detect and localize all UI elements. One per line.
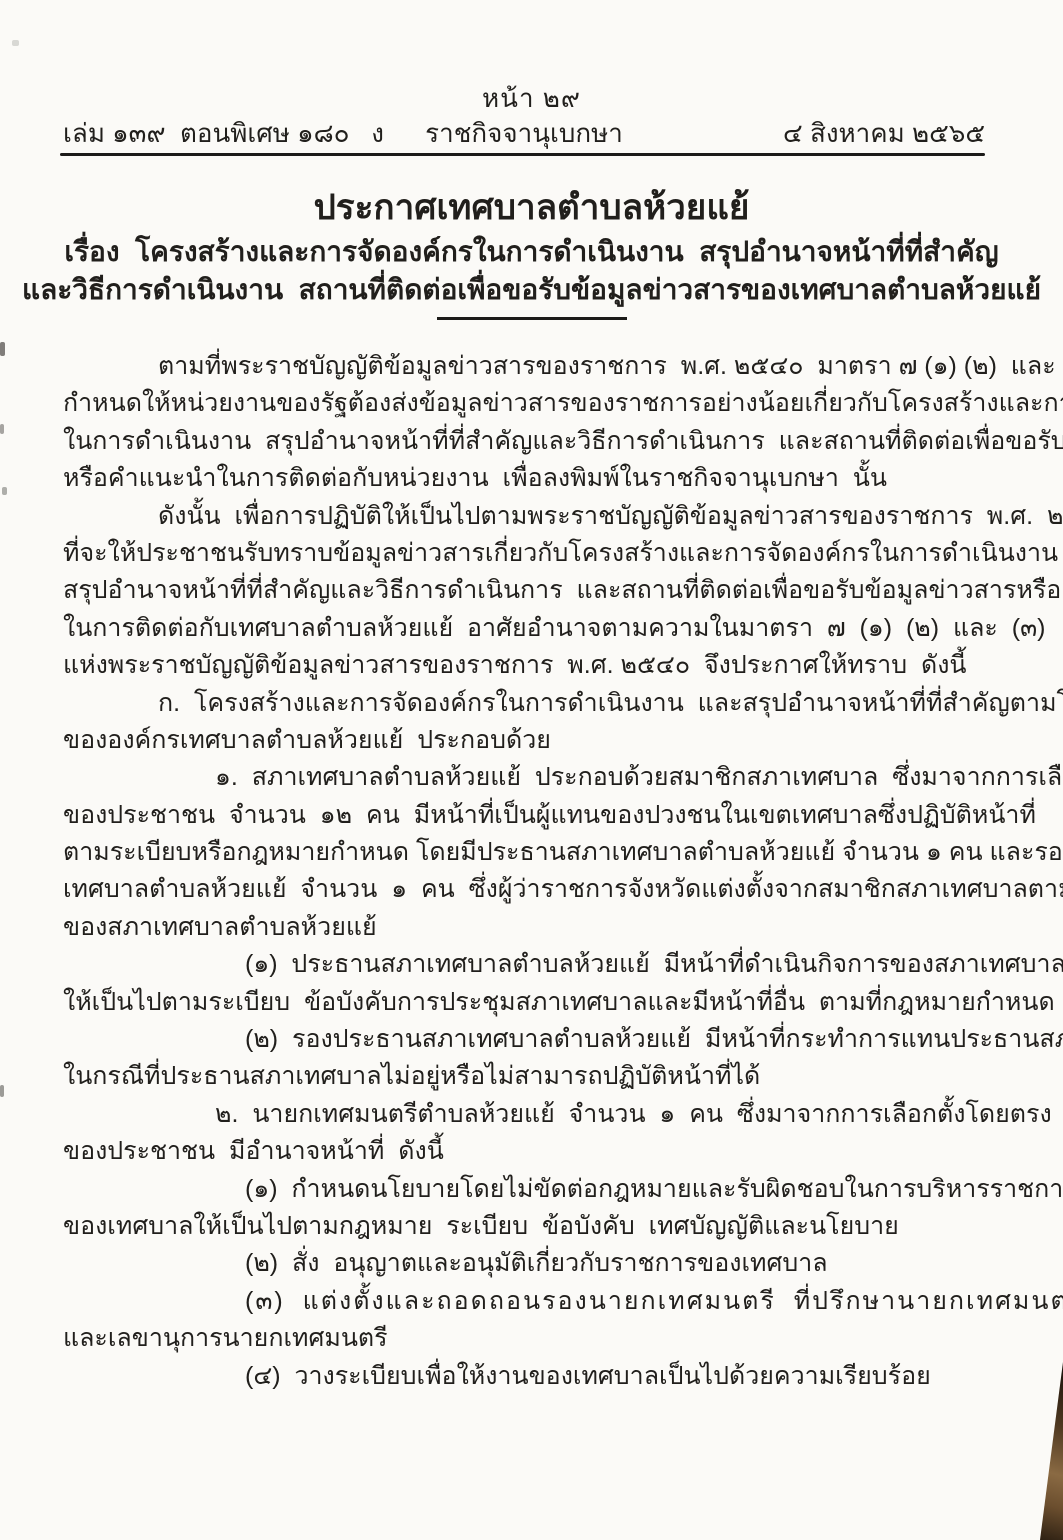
subitem-line: (๒) รองประธานสภาเทศบาลตำบลห้วยแย้ มีหน้า…: [63, 1021, 1008, 1058]
item-2-line: ของประชาชน มีอำนาจหน้าที่ ดังนี้: [63, 1133, 1008, 1170]
scan-edge-artifact: [1040, 1362, 1063, 1540]
subitem-line: (๑) กำหนดนโยบายโดยไม่ขัดต่อกฎหมายและรับผ…: [63, 1171, 1008, 1208]
section-a-heading-line: ขององค์กรเทศบาลตำบลห้วยแย้ ประกอบด้วย: [63, 722, 1008, 759]
item-1-line: ของสภาเทศบาลตำบลห้วยแย้: [63, 909, 1008, 946]
body-line: ดังนั้น เพื่อการปฏิบัติให้เป็นไปตามพระรา…: [63, 498, 1008, 535]
item-1-line: ๑. สภาเทศบาลตำบลห้วยแย้ ประกอบด้วยสมาชิก…: [63, 759, 1008, 796]
body-line: สรุปอำนาจหน้าที่ที่สำคัญและวิธีการดำเนิน…: [63, 572, 1008, 609]
body-line: ในการติดต่อกับเทศบาลตำบลห้วยแย้ อาศัยอำน…: [63, 610, 1008, 647]
date-label: ๔ สิงหาคม ๒๕๖๕: [623, 113, 985, 154]
body-line: ในการดำเนินงาน สรุปอำนาจหน้าที่ที่สำคัญแ…: [63, 423, 1008, 460]
item-2-line: ๒. นายกเทศมนตรีตำบลห้วยแย้ จำนวน ๑ คน ซึ…: [63, 1096, 1008, 1133]
scan-speck: [12, 40, 19, 46]
title-divider: [437, 317, 627, 320]
body-line: หรือคำแนะนำในการติดต่อกับหน่วยงาน เพื่อล…: [63, 460, 1008, 497]
volume-issue-label: เล่ม ๑๓๙ ตอนพิเศษ ๑๘๐ ง: [63, 113, 425, 154]
subitem-line: (๒) สั่ง อนุญาตและอนุมัติเกี่ยวกับราชการ…: [63, 1245, 1008, 1282]
scan-speck: [0, 424, 4, 434]
subitem-line: ของเทศบาลให้เป็นไปตามกฎหมาย ระเบียบ ข้อบ…: [63, 1208, 1008, 1245]
gazette-name-label: ราชกิจจานุเบกษา: [425, 113, 623, 154]
subitem-line: ในกรณีที่ประธานสภาเทศบาลไม่อยู่หรือไม่สา…: [63, 1058, 1008, 1095]
item-1-line: ของประชาชน จำนวน ๑๒ คน มีหน้าที่เป็นผู้แ…: [63, 797, 1008, 834]
body-line: กำหนดให้หน่วยงานของรัฐต้องส่งข้อมูลข่าวส…: [63, 385, 1008, 422]
page-header: เล่ม ๑๓๙ ตอนพิเศษ ๑๘๐ ง ราชกิจจานุเบกษา …: [63, 113, 985, 154]
subitem-line: ให้เป็นไปตามระเบียบ ข้อบังคับการประชุมสภ…: [63, 984, 1008, 1021]
item-1-line: เทศบาลตำบลห้วยแย้ จำนวน ๑ คน ซึ่งผู้ว่าร…: [63, 871, 1008, 908]
body-line: ตามที่พระราชบัญญัติข้อมูลข่าวสารของราชกา…: [63, 348, 1008, 385]
item-1-line: ตามระเบียบหรือกฎหมายกำหนด โดยมีประธานสภา…: [63, 834, 1008, 871]
section-a-heading-line: ก. โครงสร้างและการจัดองค์กรในการดำเนินงา…: [63, 685, 1008, 722]
body-line: แห่งพระราชบัญญัติข้อมูลข่าวสารของราชการ …: [63, 647, 1008, 684]
announcement-title: ประกาศเทศบาลตำบลห้วยแย้: [0, 180, 1063, 235]
scan-speck: [2, 487, 7, 495]
subitem-line: (๑) ประธานสภาเทศบาลตำบลห้วยแย้ มีหน้าที่…: [63, 946, 1008, 983]
subject-line-2: และวิธีการดำเนินงาน สถานที่ติดต่อเพื่อขอ…: [0, 268, 1063, 312]
body-line: ที่จะให้ประชาชนรับทราบข้อมูลข่าวสารเกี่ย…: [63, 535, 1008, 572]
scan-speck: [0, 342, 5, 356]
scan-speck: [0, 1085, 4, 1097]
gazette-scanned-page: หน้า ๒๙ เล่ม ๑๓๙ ตอนพิเศษ ๑๘๐ ง ราชกิจจา…: [0, 0, 1063, 1540]
subitem-line: (๔) วางระเบียบเพื่อให้งานของเทศบาลเป็นไป…: [63, 1358, 1008, 1395]
header-divider: [60, 153, 985, 156]
subitem-line: และเลขานุการนายกเทศมนตรี: [63, 1320, 1008, 1357]
announcement-body: ตามที่พระราชบัญญัติข้อมูลข่าวสารของราชกา…: [63, 348, 1008, 1395]
subitem-line: (๓) แต่งตั้งและถอดถอนรองนายกเทศมนตรี ที่…: [63, 1283, 1008, 1320]
